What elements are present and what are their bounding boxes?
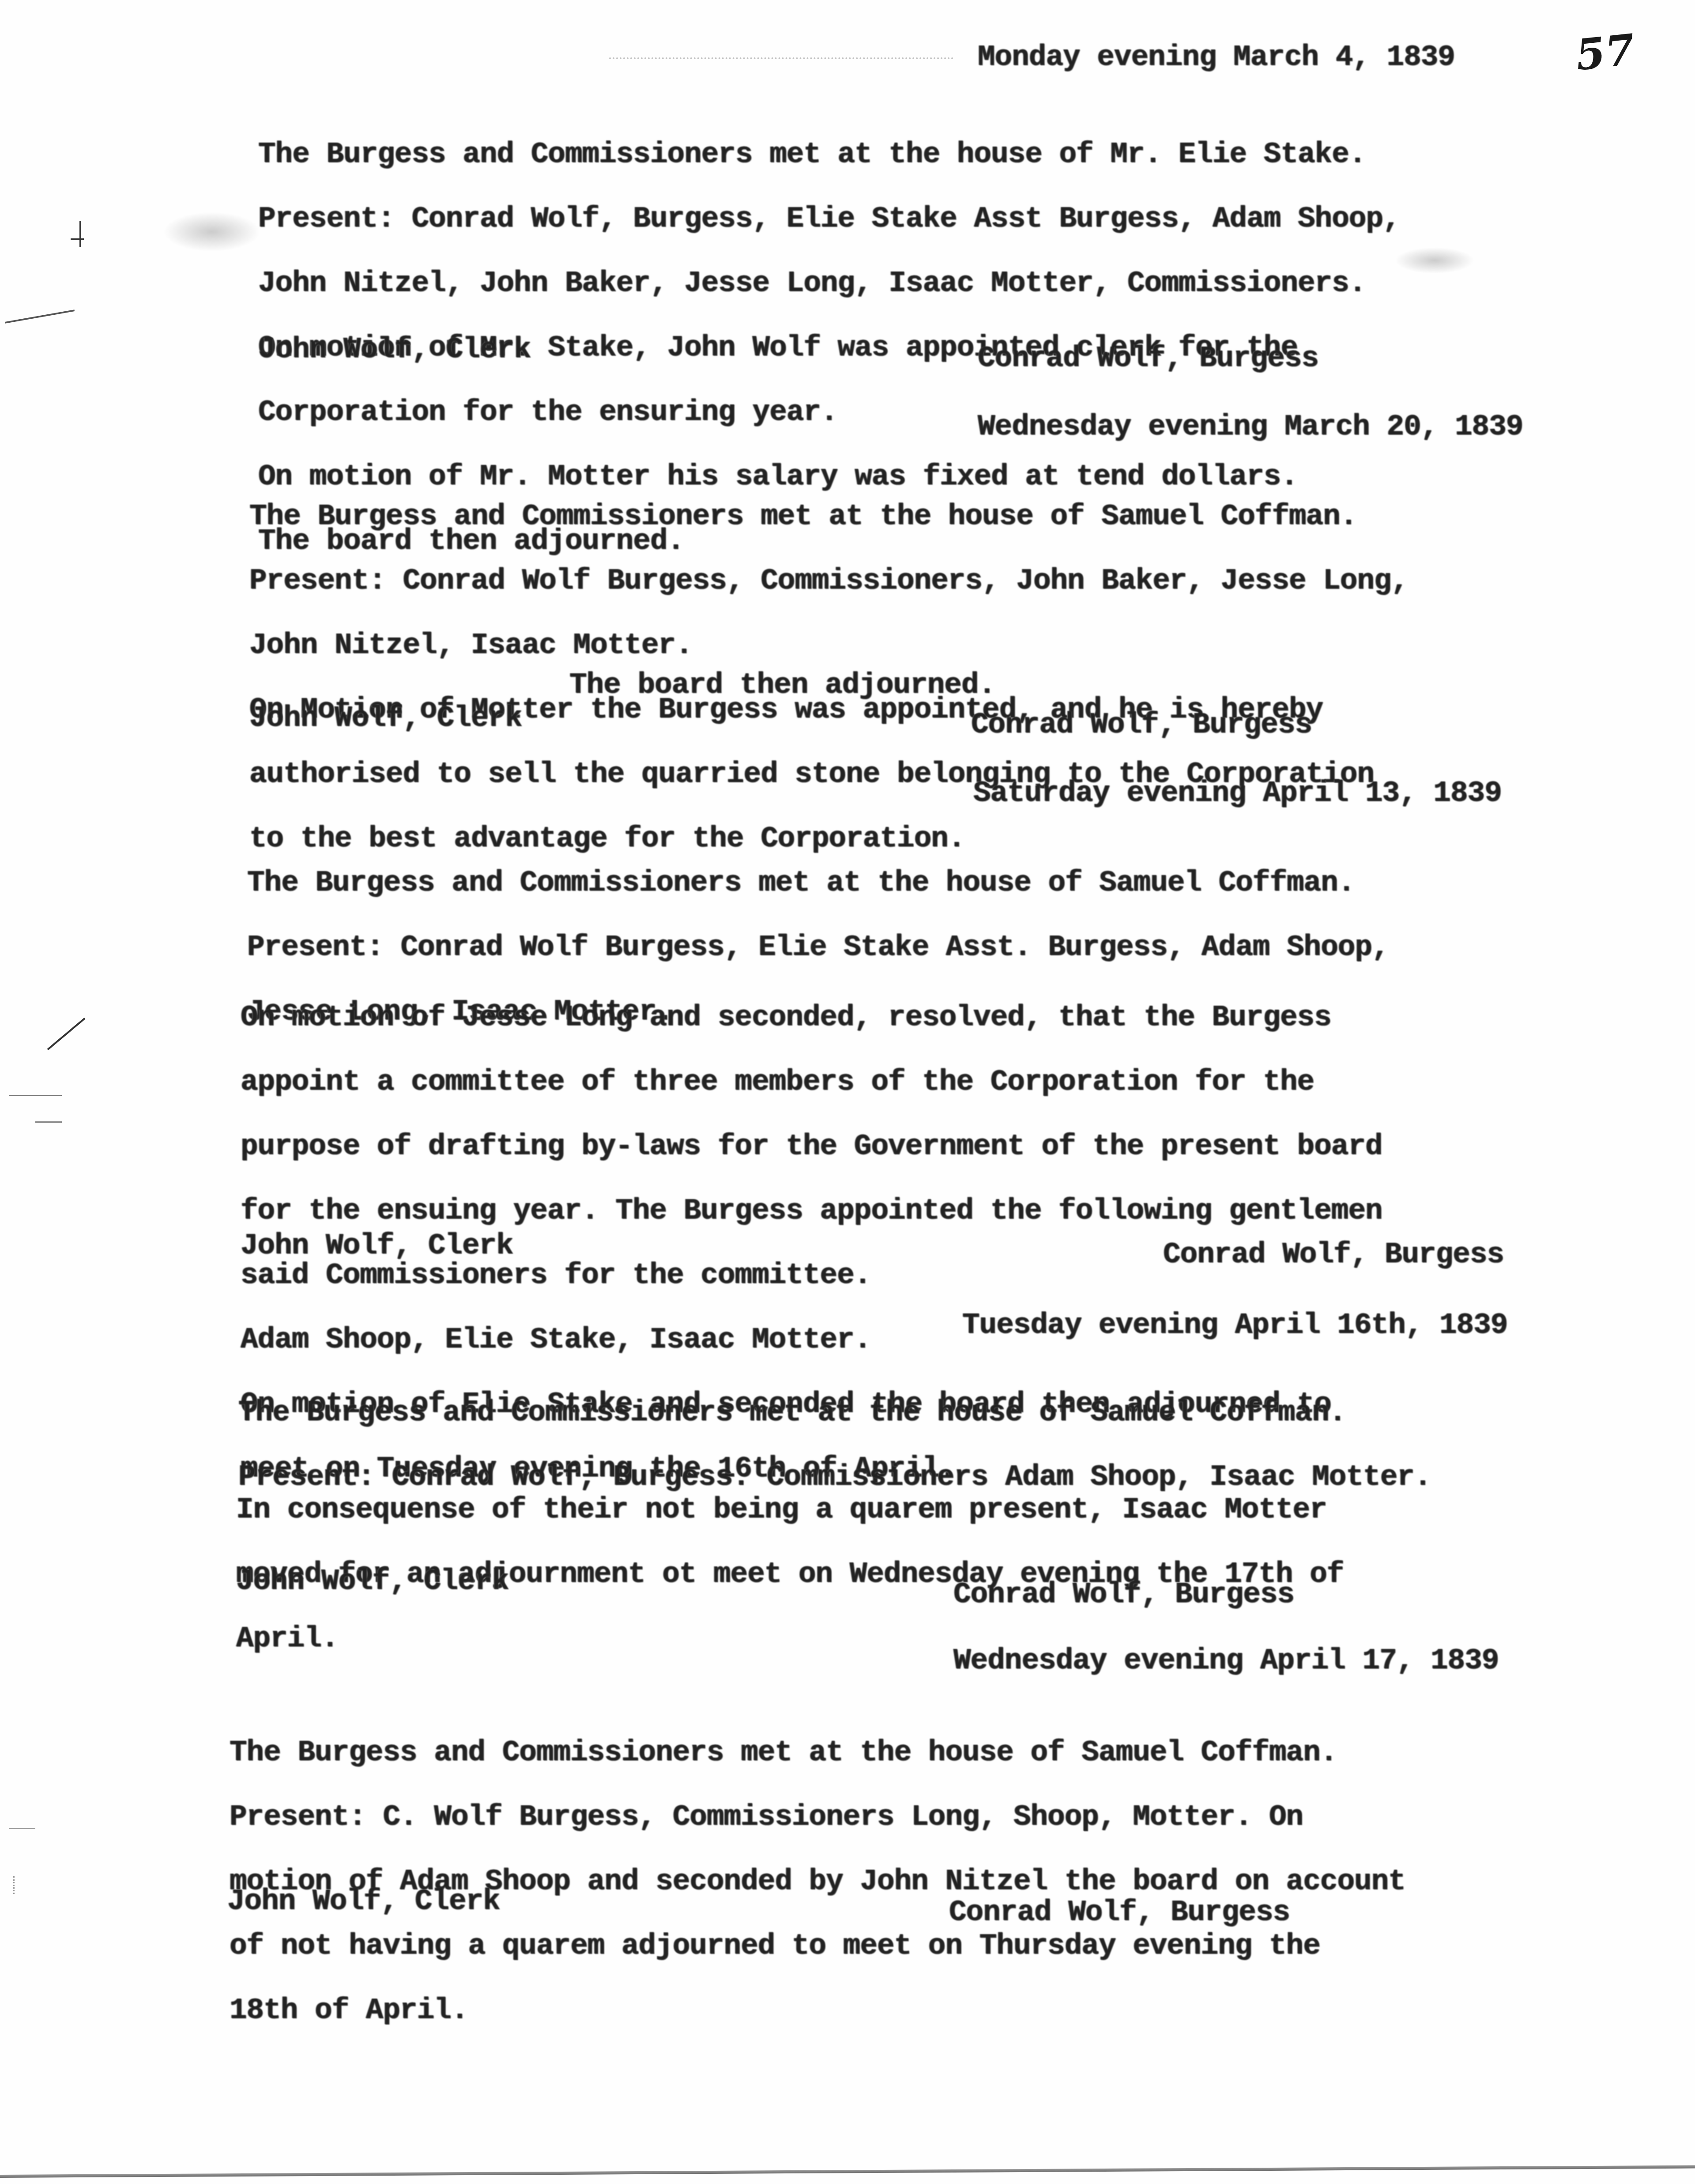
text-line: The Burgess and Commissioners met at the… bbox=[247, 867, 1389, 899]
text-line: Present: C. Wolf Burgess, Commissioners … bbox=[230, 1801, 1405, 1833]
entry-date: Wednesday evening April 17, 1839 bbox=[953, 1645, 1499, 1677]
handwritten-page-number: 57 bbox=[1573, 24, 1637, 80]
burgess-signature: Conrad Wolf, Burgess bbox=[949, 1896, 1290, 1928]
text-line: The Burgess and Commissioners met at the… bbox=[230, 1736, 1405, 1769]
text-line: John Nitzel, John Baker, Jesse Long, Isa… bbox=[258, 267, 1400, 299]
clerk-signature: John Wolf, Clerk bbox=[236, 1565, 509, 1597]
text-line: appoint a committee of three members of … bbox=[241, 1066, 1382, 1098]
clerk-signature: John Wolf, Clerk bbox=[241, 1230, 513, 1262]
margin-slash-mark bbox=[47, 1018, 86, 1050]
text-line: On motion of Jesse Long and seconded, re… bbox=[241, 1001, 1382, 1034]
text-line: John Nitzel, Isaac Motter. bbox=[249, 629, 1408, 661]
entry-body: The Burgess and Commissioners met at the… bbox=[230, 1704, 1405, 2059]
text-line: Present: Conrad Wolf Burgess, Commission… bbox=[249, 565, 1408, 597]
margin-tick-mark bbox=[9, 1095, 62, 1096]
margin-tick-mark bbox=[71, 238, 84, 240]
clerk-signature: John Wolf, Clerk bbox=[249, 702, 522, 734]
clerk-signature: John Wolf, Clerk bbox=[227, 1885, 500, 1917]
dotted-leader bbox=[609, 57, 953, 59]
text-line: In consequense of their not being a quar… bbox=[236, 1494, 1344, 1526]
clerk-signature: John Wolf, Clerk bbox=[258, 333, 531, 366]
adjourned-note: The board then adjourned. bbox=[569, 669, 995, 701]
page-bottom-edge bbox=[0, 2165, 1695, 2178]
burgess-signature: Conrad Wolf, Burgess bbox=[978, 342, 1318, 374]
burgess-signature: Conrad Wolf, Burgess bbox=[971, 709, 1312, 741]
margin-tick-mark bbox=[9, 1828, 35, 1829]
scanned-document-page: 57 Monday evening March 4, 1839 The Burg… bbox=[0, 0, 1695, 2184]
text-line: 18th of April. bbox=[230, 1994, 1405, 2026]
text-line: purpose of drafting by-laws for the Gove… bbox=[241, 1130, 1382, 1162]
text-line: The Burgess and Commissioners met at the… bbox=[258, 138, 1400, 170]
entry-date: Tuesday evening April 16th, 1839 bbox=[962, 1309, 1507, 1341]
entry-date: Monday evening March 4, 1839 bbox=[978, 41, 1455, 73]
text-line: of not having a quarem adjourned to meet… bbox=[230, 1930, 1405, 1962]
scan-smudge bbox=[1395, 247, 1474, 274]
scan-smudge bbox=[163, 212, 260, 252]
burgess-signature: Conrad Wolf, Burgess bbox=[1163, 1238, 1504, 1271]
text-line: Present: Conrad Wolf Burgess, Elie Stake… bbox=[247, 931, 1389, 963]
entry-date: Saturday evening April 13, 1839 bbox=[973, 777, 1502, 809]
margin-curve-mark bbox=[5, 309, 75, 324]
margin-tick-mark bbox=[13, 1876, 32, 1894]
entry-date: Wednesday evening March 20, 1839 bbox=[978, 411, 1523, 443]
text-line: Present: Conrad Wolf, Burgess, Elie Stak… bbox=[258, 203, 1400, 235]
text-line: The Burgess and Commissioners met at the… bbox=[238, 1396, 1431, 1429]
burgess-signature: Conrad Wolf, Burgess bbox=[953, 1578, 1294, 1611]
margin-tick-mark bbox=[35, 1121, 62, 1123]
text-line: The Burgess and Commissioners met at the… bbox=[249, 500, 1408, 532]
margin-tick-mark bbox=[79, 221, 81, 247]
text-line: for the ensuing year. The Burgess appoin… bbox=[241, 1195, 1382, 1227]
